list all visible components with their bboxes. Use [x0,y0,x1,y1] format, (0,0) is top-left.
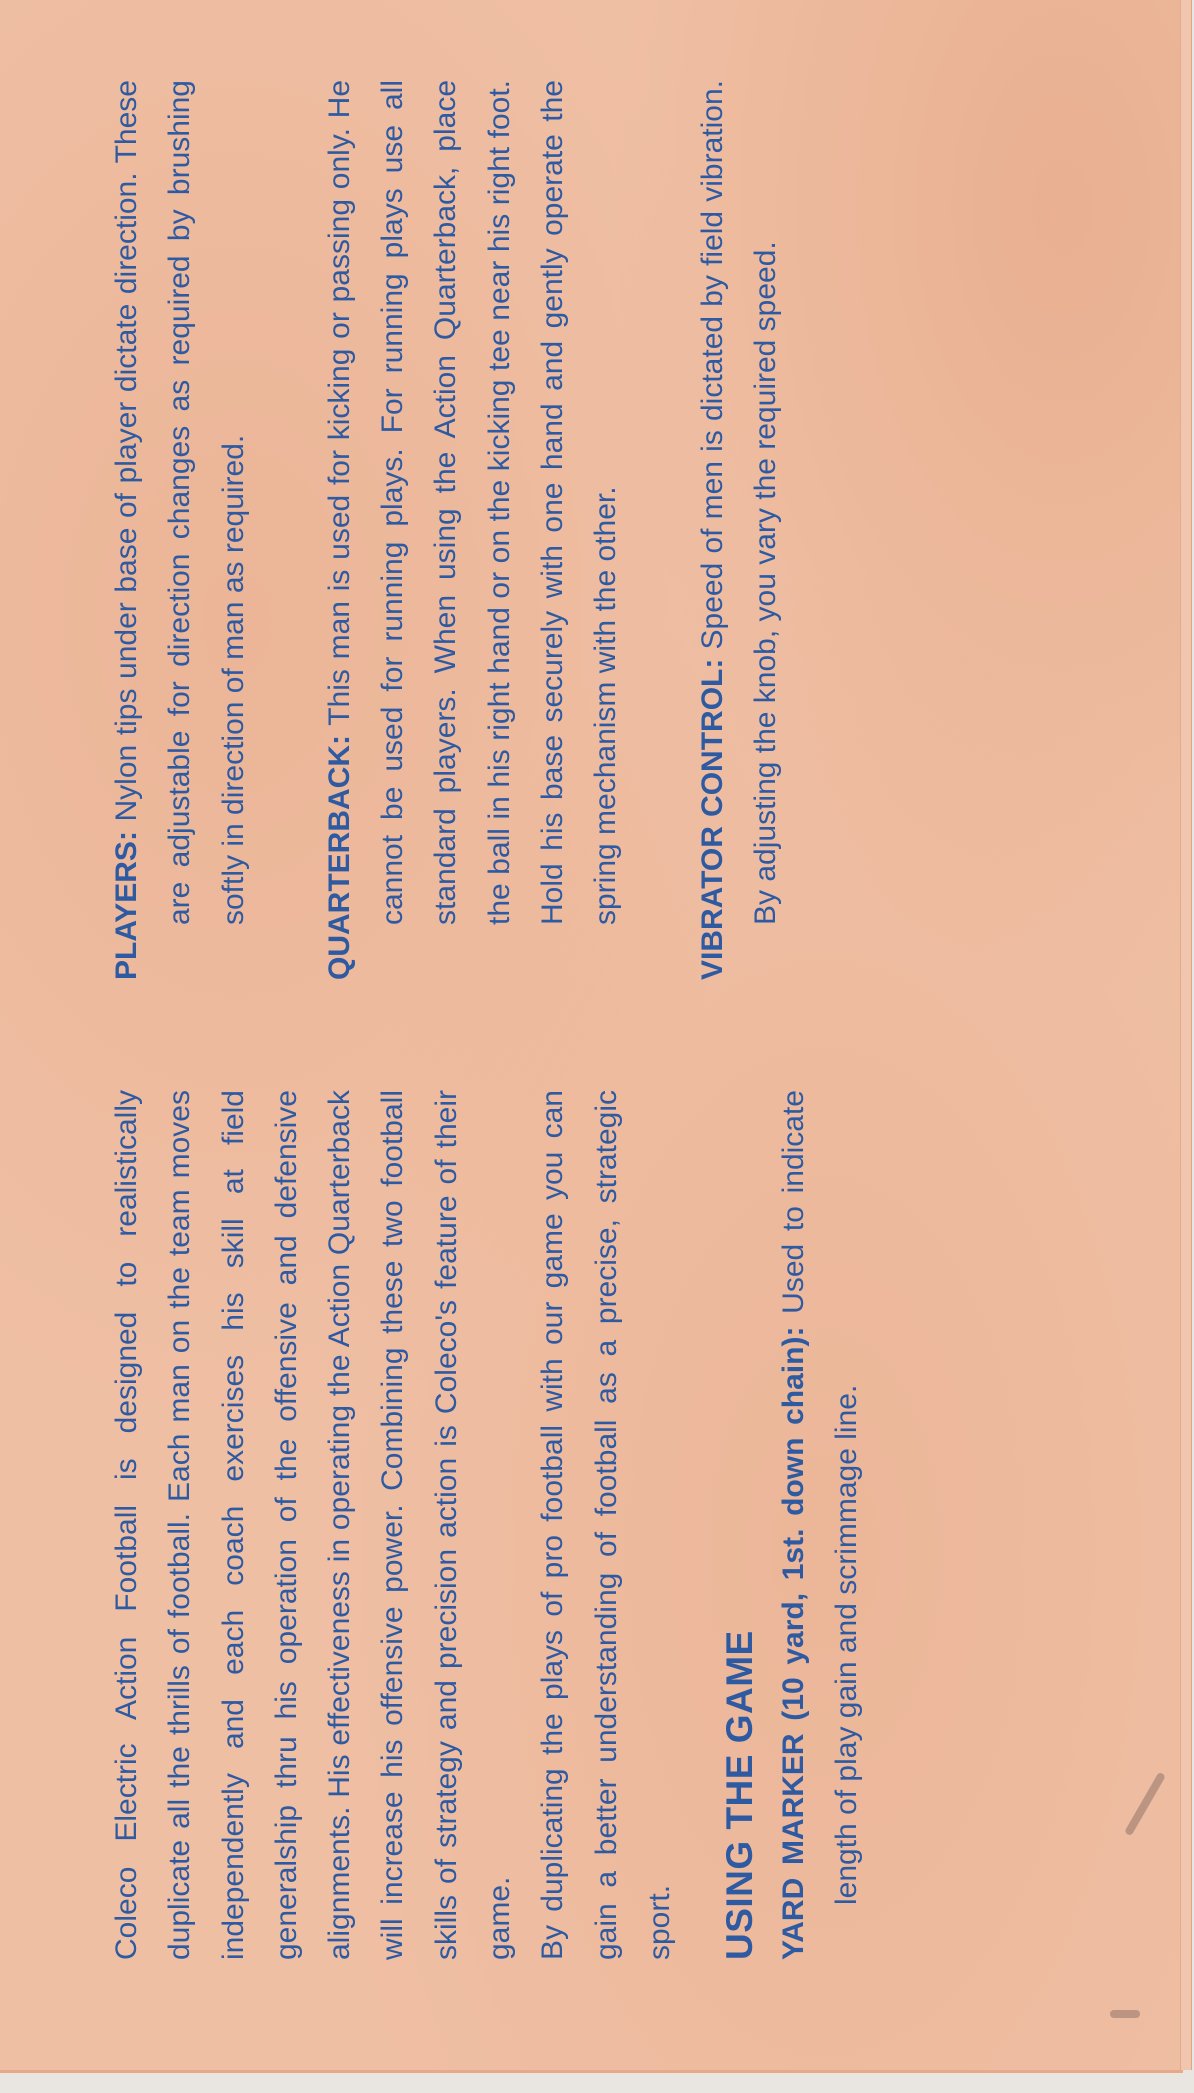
item-term: YARD MARKER (10 yard, 1st. down chain): [777,1327,810,1960]
item-text: Nylon tips under base of player dictate … [110,80,250,925]
item-text: This man is used for kicking or passing … [323,80,622,925]
section-heading: USING THE GAME [713,1090,766,1960]
right-column: PLAYERS: Nylon tips under base of player… [100,80,792,980]
item-vibrator-control: VIBRATOR CONTROL: Speed of men is dictat… [686,80,793,980]
item-term: VIBRATOR CONTROL: [696,659,729,980]
manual-page: Coleco Electric Action Football is desig… [0,0,1183,2073]
item-term: PLAYERS: [110,831,143,980]
ink-smudge [1110,2010,1140,2018]
left-column: Coleco Electric Action Football is desig… [100,1090,873,1960]
item-quarterback: QUARTERBACK: This man is used for kickin… [313,80,633,980]
item-players: PLAYERS: Nylon tips under base of player… [100,80,260,980]
intro-paragraph: Coleco Electric Action Football is desig… [100,1090,526,1960]
rotated-spread: Coleco Electric Action Football is desig… [0,0,1194,2093]
intro-paragraph-2: By duplicating the plays of pro football… [526,1090,686,1960]
item-term: QUARTERBACK: [323,735,356,980]
item-yard-marker: YARD MARKER (10 yard, 1st. down chain): … [767,1090,874,1960]
